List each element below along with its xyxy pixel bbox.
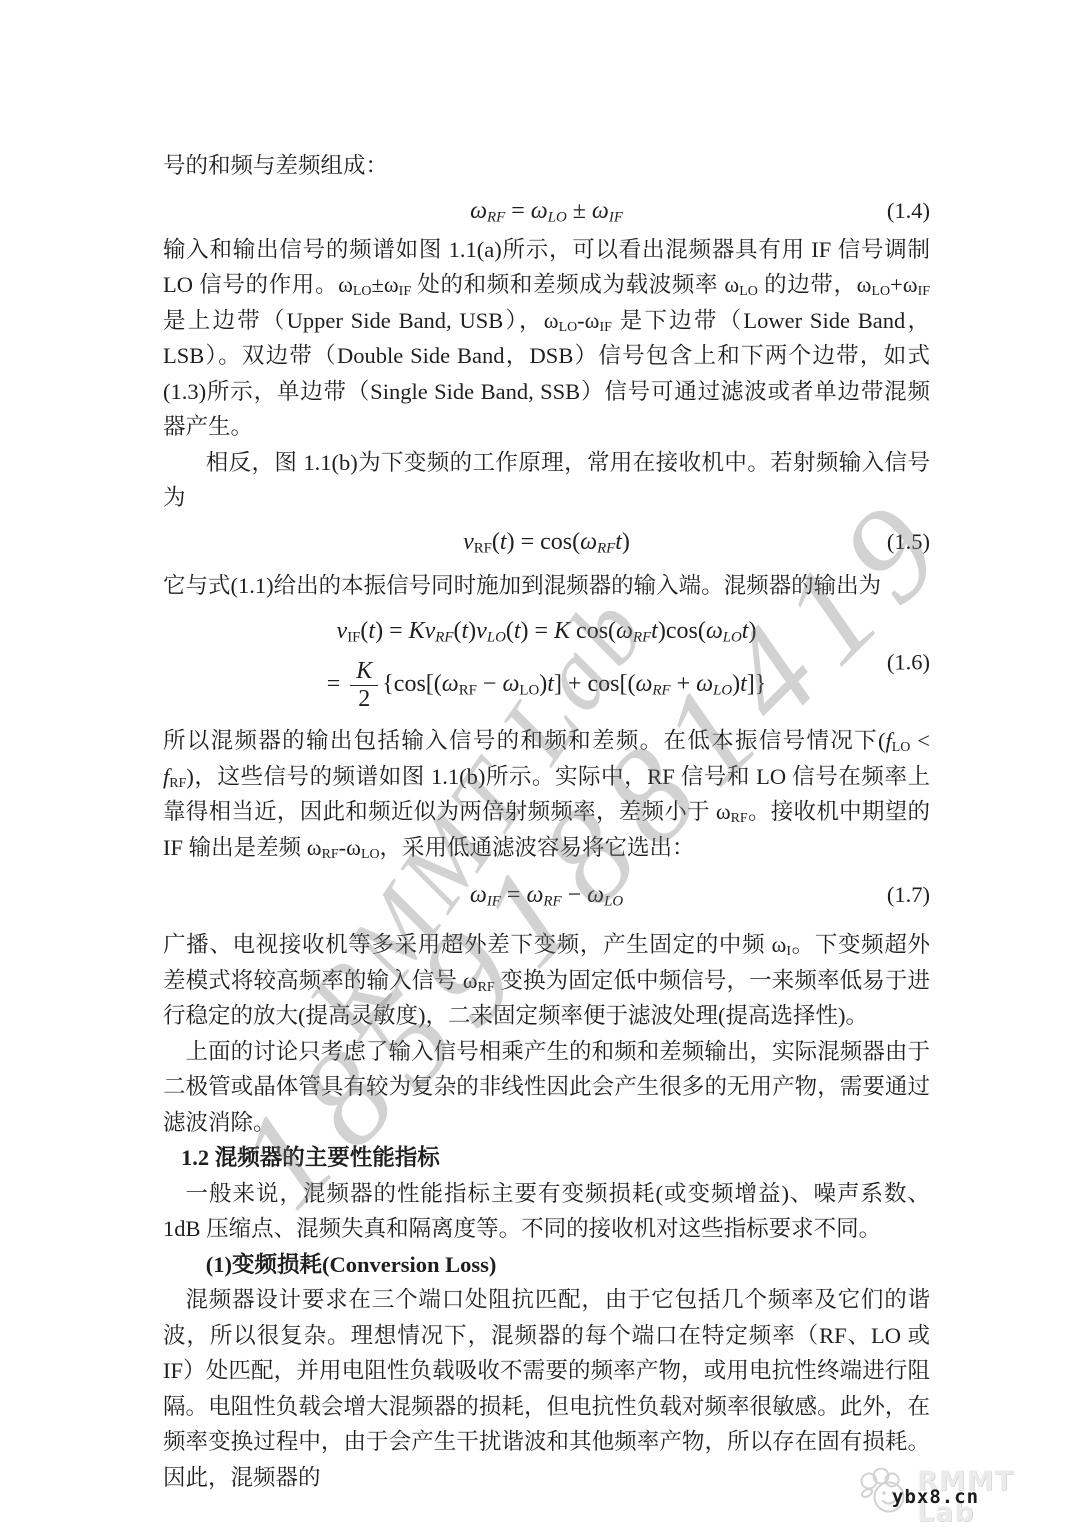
- equation-line-1: vIF(t) = KvRF(t)vLO(t) = K cos(ωRFt)cos(…: [163, 609, 930, 653]
- equation-body: ωIF = ωRF − ωLO: [470, 882, 623, 908]
- equation-number: (1.6): [887, 644, 930, 680]
- paragraph-continuation: 号的和频与差频组成：: [163, 148, 930, 184]
- equation-1-4: ωRF = ωLO ± ωIF (1.4): [163, 190, 930, 232]
- footer-watermark: RMMT Lab ybx8.cn: [0, 1460, 1080, 1527]
- section-heading-1-2: 1.2 混频器的主要性能指标: [163, 1140, 930, 1176]
- equation-number: (1.5): [887, 519, 930, 565]
- equation-number: (1.7): [887, 873, 930, 917]
- equation-body: ωRF = ωLO ± ωIF: [470, 198, 623, 224]
- paragraph-downconversion: 相反，图 1.1(b)为下变频的工作原理，常用在接收机中。若射频输入信号为: [163, 445, 930, 516]
- paragraph-sum-difference: 所以混频器的输出包括输入信号的和频和差频。在低本振信号情况下(fLO < fRF…: [163, 723, 930, 865]
- paragraph-nonlinearity: 上面的讨论只考虑了输入信号相乘产生的和频和差频输出，实际混频器由于二极管或晶体管…: [163, 1034, 930, 1141]
- equation-1-5: vRF(t) = cos(ωRFt) (1.5): [163, 519, 930, 565]
- equation-1-6: vIF(t) = KvRF(t)vLO(t) = K cos(ωRFt)cos(…: [163, 609, 930, 715]
- paragraph-superheterodyne: 广播、电视接收机等多采用超外差下变频，产生固定的中频 ωI。下变频超外差模式将较…: [163, 927, 930, 1034]
- page-body: 号的和频与差频组成： ωRF = ωLO ± ωIF (1.4) 输入和输出信号…: [163, 148, 930, 1495]
- equation-line-2: = K2{cos[(ωRF − ωLO)t] + cos[(ωRF + ωLO)…: [163, 653, 930, 715]
- subsection-heading-conversion-loss: (1)变频损耗(Conversion Loss): [163, 1247, 930, 1283]
- paragraph-performance-metrics: 一般来说，混频器的性能指标主要有变频损耗(或变频增益)、噪声系数、1dB 压缩点…: [163, 1176, 930, 1247]
- footer-site-text: ybx8.cn: [892, 1486, 979, 1508]
- equation-1-7: ωIF = ωRF − ωLO (1.7): [163, 873, 930, 917]
- equation-number: (1.4): [887, 190, 930, 232]
- document-page: RMMT Lab 18591881419 号的和频与差频组成： ωRF = ωL…: [0, 0, 1080, 1527]
- paragraph-mixer-output-intro: 它与式(1.1)给出的本振信号同时施加到混频器的输入端。混频器的输出为: [163, 568, 930, 604]
- equation-body: vRF(t) = cos(ωRFt): [463, 529, 630, 555]
- paragraph-sidebands: 输入和输出信号的频谱如图 1.1(a)所示，可以看出混频器具有用 IF 信号调制…: [163, 232, 930, 445]
